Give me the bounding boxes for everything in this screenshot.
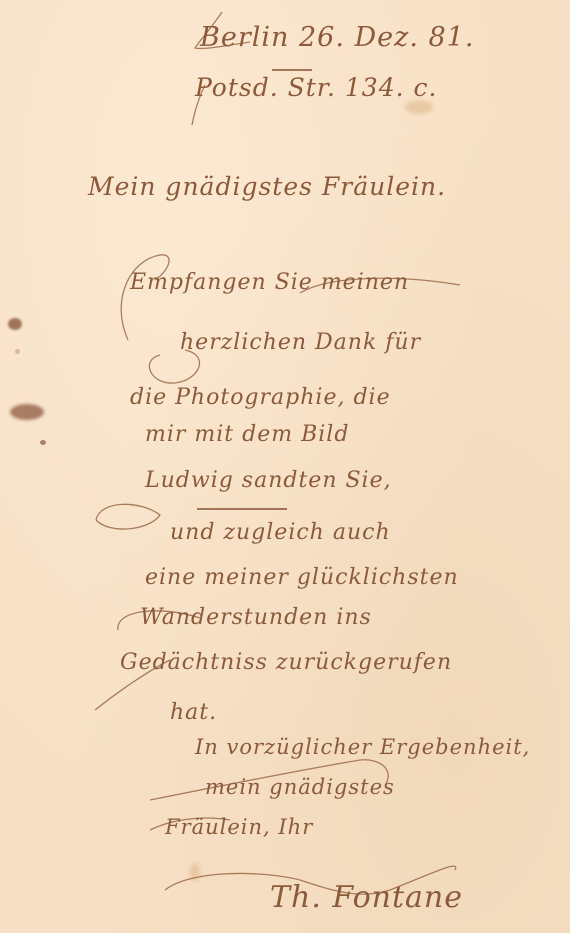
- closing-line: Fräulein, Ihr: [165, 815, 313, 839]
- body-line: Gedächtniss zurückgerufen: [120, 650, 452, 675]
- body-line: Empfangen Sie meinen: [130, 270, 409, 295]
- date-underline: [272, 69, 312, 71]
- signature: Th. Fontane: [270, 880, 463, 915]
- ink-spot: [10, 404, 44, 420]
- ink-spot: [15, 349, 20, 354]
- paper-stain: [405, 100, 433, 114]
- body-line: eine meiner glücklichsten: [145, 565, 459, 590]
- closing-line: mein gnädigstes: [205, 775, 395, 799]
- letter-page: Berlin 26. Dez. 81. Potsd. Str. 134. c. …: [0, 0, 570, 933]
- salutation: Mein gnädigstes Fräulein.: [88, 172, 446, 201]
- word-underline: [197, 508, 287, 510]
- ink-spot: [8, 318, 22, 330]
- place-date: Berlin 26. Dez. 81.: [200, 22, 474, 53]
- body-line: die Photographie, die: [130, 385, 391, 410]
- body-line: Ludwig sandten Sie,: [145, 468, 392, 493]
- paper-stain: [190, 863, 200, 881]
- body-line: herzlichen Dank für: [180, 330, 421, 355]
- body-line: mir mit dem Bild: [145, 422, 349, 447]
- closing-line: In vorzüglicher Ergebenheit,: [195, 735, 530, 759]
- body-line: hat.: [170, 700, 217, 725]
- body-line: und zugleich auch: [170, 520, 391, 545]
- body-line: Wanderstunden ins: [140, 605, 372, 630]
- address: Potsd. Str. 134. c.: [195, 73, 437, 102]
- ink-spot: [40, 440, 46, 445]
